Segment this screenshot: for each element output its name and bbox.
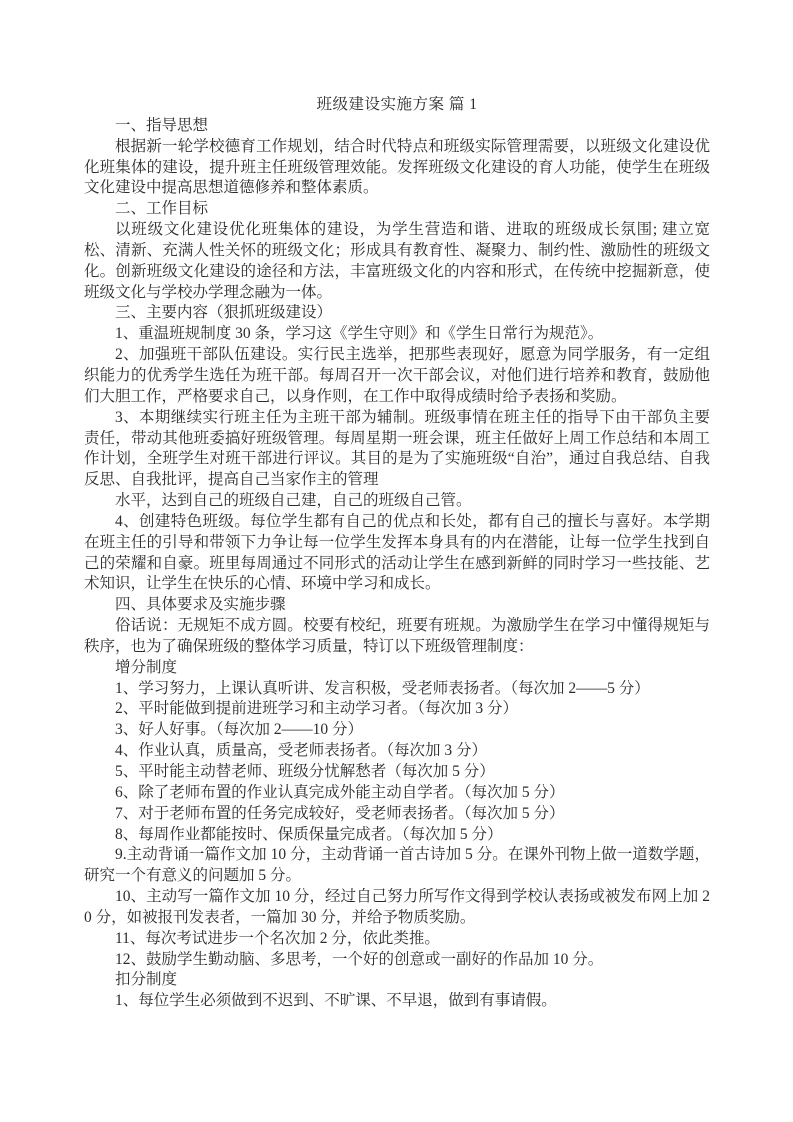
paragraph: 1、每位学生必须做到不迟到、不旷课、不早退，做到有事请假。 xyxy=(84,991,710,1012)
paragraph: 5、平时能主动替老师、班级分忧解愁者（每次加 5 分） xyxy=(84,762,710,783)
document-page: 班级建设实施方案 篇 1 一、指导思想根据新一轮学校德育工作规划，结合时代特点和… xyxy=(0,0,793,1122)
paragraph: 3、本期继续实行班主任为主班干部为辅制。班级事情在班主任的指导下由干部负主要责任… xyxy=(84,408,710,491)
paragraph: 7、对于老师布置的任务完成较好，受老师表扬者。（每次加 5 分） xyxy=(84,804,710,825)
paragraph: 一、指导思想 xyxy=(84,116,710,137)
paragraph: 四、具体要求及实施步骤 xyxy=(84,595,710,616)
paragraph: 8、每周作业都能按时、保质保量完成者。（每次加 5 分） xyxy=(84,825,710,846)
document-title: 班级建设实施方案 篇 1 xyxy=(84,95,710,116)
paragraph: 水平，达到自己的班级自己建，自己的班级自己管。 xyxy=(84,491,710,512)
paragraph: 11、每次考试进步一个名次加 2 分，依此类推。 xyxy=(84,929,710,950)
document-body: 一、指导思想根据新一轮学校德育工作规划，结合时代特点和班级实际管理需要，以班级文… xyxy=(84,116,710,1012)
paragraph: 根据新一轮学校德育工作规划，结合时代特点和班级实际管理需要，以班级文化建设优化班… xyxy=(84,137,710,200)
paragraph: 9.主动背诵一篇作文加 10 分，主动背诵一首古诗加 5 分。在课外刊物上做一道… xyxy=(84,845,710,887)
paragraph: 1、重温班规制度 30 条，学习这《学生守则》和《学生日常行为规范》。 xyxy=(84,324,710,345)
paragraph: 二、工作目标 xyxy=(84,199,710,220)
paragraph: 10、主动写一篇作文加 10 分，经过自己努力所写作文得到学校认表扬或被发布网上… xyxy=(84,887,710,929)
paragraph: 6、除了老师布置的作业认真完成外能主动自学者。（每次加 5 分） xyxy=(84,783,710,804)
paragraph: 扣分制度 xyxy=(84,970,710,991)
paragraph: 增分制度 xyxy=(84,658,710,679)
paragraph: 4、创建特色班级。每位学生都有自己的优点和长处，都有自己的擅长与喜好。本学期在班… xyxy=(84,512,710,595)
paragraph: 12、鼓励学生勤动脑、多思考，一个好的创意或一副好的作品加 10 分。 xyxy=(84,950,710,971)
paragraph: 三、主要内容（狠抓班级建设） xyxy=(84,303,710,324)
paragraph: 2、加强班干部队伍建设。实行民主选举，把那些表现好，愿意为同学服务，有一定组织能… xyxy=(84,345,710,408)
paragraph: 3、好人好事。（每次加 2——10 分） xyxy=(84,720,710,741)
paragraph: 1、学习努力，上课认真听讲、发言积极，受老师表扬者。（每次加 2——5 分） xyxy=(84,679,710,700)
paragraph: 以班级文化建设优化班集体的建设，为学生营造和谐、进取的班级成长氛围; 建立宽松、… xyxy=(84,220,710,303)
paragraph: 4、作业认真，质量高，受老师表扬者。（每次加 3 分） xyxy=(84,741,710,762)
paragraph: 俗话说：无规矩不成方圆。校要有校纪，班要有班规。为激励学生在学习中懂得规矩与秩序… xyxy=(84,616,710,658)
paragraph: 2、平时能做到提前进班学习和主动学习者。（每次加 3 分） xyxy=(84,699,710,720)
